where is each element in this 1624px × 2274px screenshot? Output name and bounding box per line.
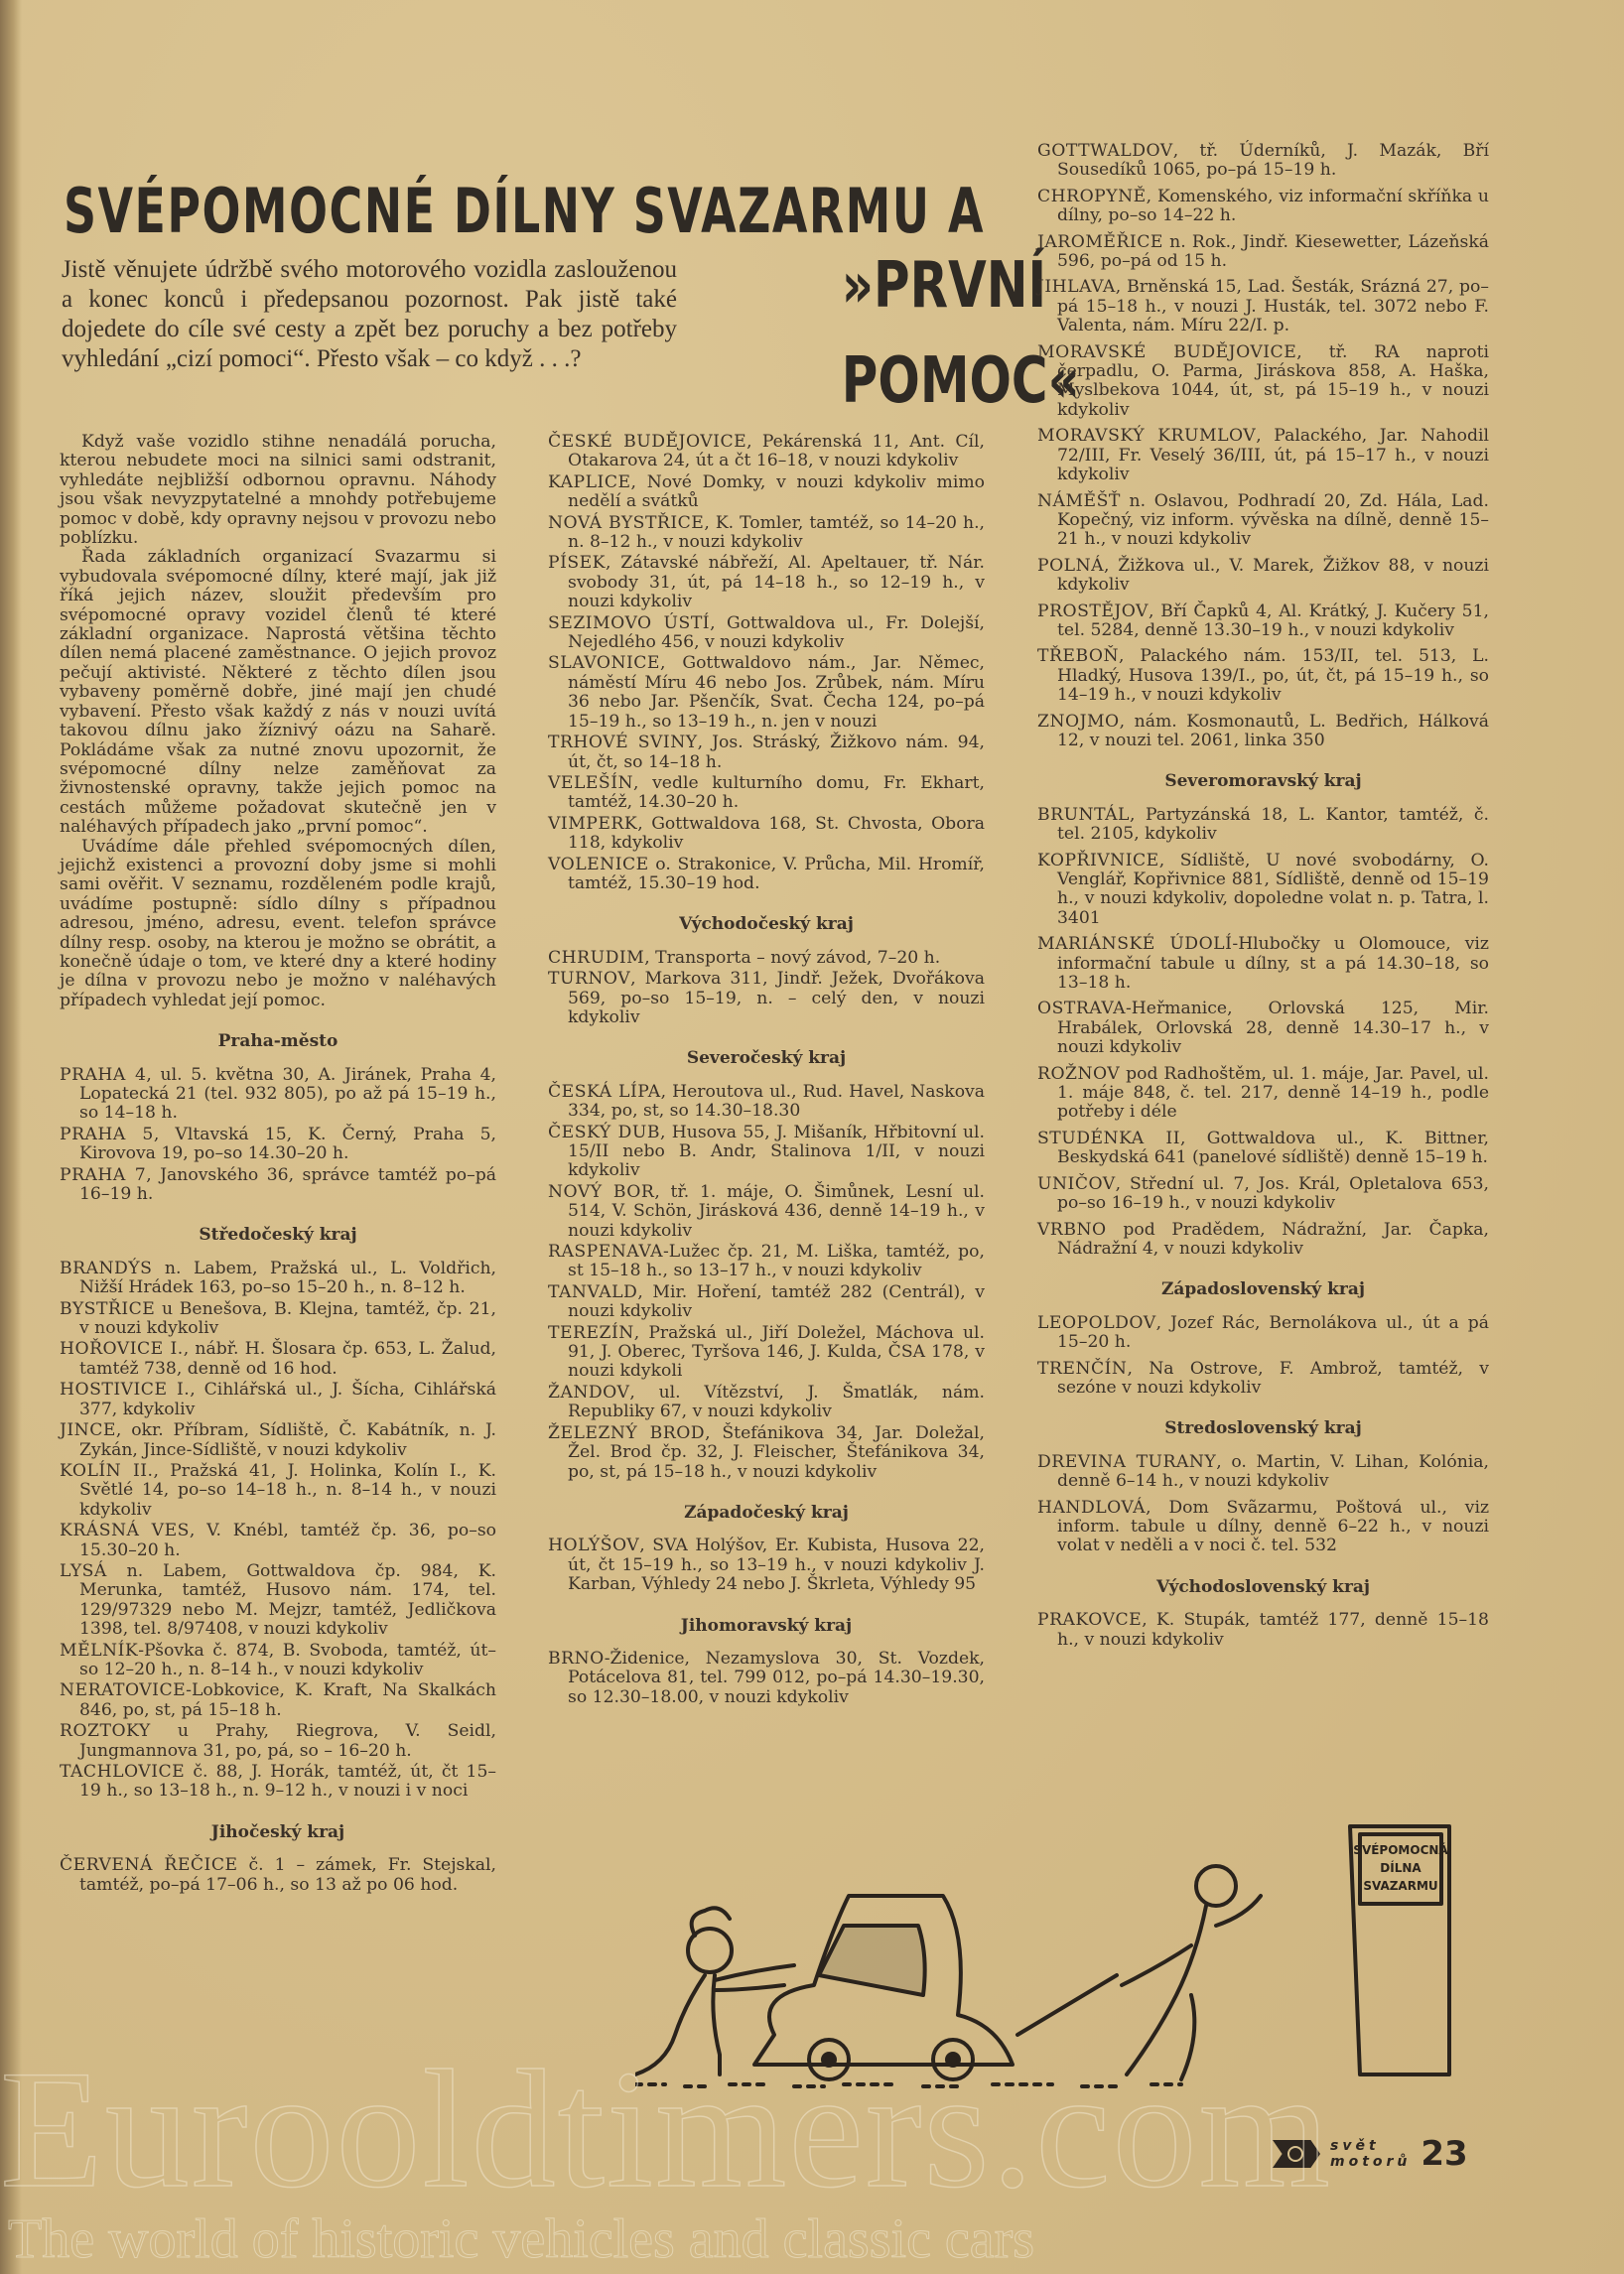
workshop-details: pod Pradědem, Nádražní, Jar. Čapka, Nádr…	[1057, 1220, 1489, 1259]
workshop-entry: JAROMĚŘICE n. Rok., Jindř. Kiesewetter, …	[1037, 233, 1489, 272]
workshop-details: -Židenice, Nezamyslova 30, St. Vozdek, P…	[568, 1649, 985, 1707]
workshop-town: MORAVSKÝ KRUMLOV	[1037, 426, 1256, 446]
workshop-entry: TŘEBOŇ, Palackého nám. 153/II, tel. 513,…	[1037, 647, 1489, 705]
workshop-town: HOSTIVICE I.	[60, 1380, 190, 1400]
workshop-town: NOVÁ BYSTŘICE	[548, 513, 704, 533]
workshop-town: VELEŠÍN	[548, 773, 633, 793]
workshop-town: VOLENICE	[548, 855, 649, 874]
workshop-town: HOŘOVICE I.	[60, 1339, 184, 1359]
workshop-town: PÍSEK	[548, 553, 606, 573]
workshop-town: TRHOVÉ SVINY	[548, 733, 698, 752]
sign-line2: DÍLNA	[1380, 1860, 1421, 1875]
workshop-entry: TACHLOVICE č. 88, J. Horák, tamtéž, út, …	[60, 1763, 496, 1802]
workshop-town: MĚLNÍK	[60, 1641, 138, 1661]
workshop-town: SLAVONICE	[548, 653, 660, 673]
region-heading: Východočeský kraj	[548, 915, 985, 934]
workshop-town: ROŽNOV	[1037, 1064, 1120, 1084]
workshop-list-col1: Praha-městoPRAHA 4, ul. 5. května 30, A.…	[60, 1032, 496, 1895]
workshop-town: ŽELEZNÝ BROD	[548, 1423, 705, 1443]
workshop-town: GOTTWALDOV	[1037, 141, 1173, 161]
workshop-entry: ZNOJMO, nám. Kosmonautů, L. Bedřich, Hál…	[1037, 713, 1489, 751]
workshop-entry: ČESKÉ BUDĚJOVICE, Pekárenská 11, Ant. Cí…	[548, 433, 985, 471]
workshop-town: CHROPYNĚ	[1037, 187, 1147, 206]
workshop-details: , Střední ul. 7, Jos. Král, Opletalova 6…	[1057, 1174, 1489, 1213]
workshop-town: UNIČOV	[1037, 1174, 1116, 1194]
workshop-entry: ŽANDOV, ul. Vítězství, J. Šmatlák, nám. …	[548, 1384, 985, 1422]
workshop-list-col2: ČESKÉ BUDĚJOVICE, Pekárenská 11, Ant. Cí…	[548, 433, 985, 1709]
workshop-entry: RASPENAVA-Lužec čp. 21, M. Liška, tamtéž…	[548, 1243, 985, 1281]
workshop-details: n. Oslavou, Podhradí 20, Zd. Hála, Lad. …	[1057, 491, 1489, 550]
workshop-entry: TRENČÍN, Na Ostrove, F. Ambrož, tamtéž, …	[1037, 1360, 1489, 1399]
intro-paragraph: Řada základních organizací Svazarmu si v…	[60, 548, 496, 837]
workshop-entry: PRAKOVCE, K. Stupák, tamtéž 177, denně 1…	[1037, 1611, 1489, 1650]
region-heading: Severomoravský kraj	[1037, 772, 1489, 791]
region-heading: Západoslovenský kraj	[1037, 1280, 1489, 1299]
region-heading: Stredoslovenský kraj	[1037, 1419, 1489, 1438]
workshop-town: TANVALD	[548, 1282, 637, 1302]
region-heading: Jihočeský kraj	[60, 1823, 496, 1842]
workshop-town: ZNOJMO	[1037, 712, 1120, 732]
workshop-entry: STUDÉNKA II, Gottwaldova ul., K. Bittner…	[1037, 1130, 1489, 1168]
workshop-town: JAROMĚŘICE	[1037, 232, 1163, 252]
workshop-town: TEREZÍN	[548, 1323, 634, 1343]
intro-paragraph: Uvádíme dále přehled svépomocných dílen,…	[60, 838, 496, 1011]
workshop-town: PRAHA 5	[60, 1125, 154, 1144]
workshop-entry: ROZTOKY u Prahy, Riegrova, V. Seidl, Jun…	[60, 1722, 496, 1761]
workshop-town: ČERVENÁ ŘEČICE	[60, 1855, 238, 1875]
region-heading: Jihomoravský kraj	[548, 1617, 985, 1636]
workshop-entry: ČERVENÁ ŘEČICE č. 1 – zámek, Fr. Stejska…	[60, 1856, 496, 1895]
region-heading: Západočeský kraj	[548, 1504, 985, 1523]
page-number: 23	[1421, 2134, 1467, 2174]
workshop-entry: NOVÁ BYSTŘICE, K. Tomler, tamtéž, so 14–…	[548, 514, 985, 553]
workshop-details: -Pšovka č. 874, B. Svoboda, tamtéž, út–s…	[79, 1641, 496, 1679]
workshop-town: KAPLICE	[548, 472, 631, 492]
workshop-town: BYSTŘICE	[60, 1299, 155, 1319]
sign-line3: SVAZARMU	[1363, 1879, 1437, 1893]
watermark-tagline: The world of historic vehicles and class…	[8, 2211, 1034, 2267]
workshop-entry: VIMPERK, Gottwaldova 168, St. Chvosta, O…	[548, 815, 985, 854]
workshop-town: KOLÍN II.	[60, 1461, 154, 1481]
workshop-entry: ŽELEZNÝ BROD, Štefánikova 34, Jar. Dolež…	[548, 1424, 985, 1482]
workshop-entry: MORAVSKÉ BUDĚJOVICE, tř. RA naproti čerp…	[1037, 343, 1489, 421]
workshop-entry: ČESKÝ DUB, Husova 55, J. Mišaník, Hřbito…	[548, 1124, 985, 1181]
workshop-town: HANDLOVÁ	[1037, 1498, 1146, 1518]
workshop-details: , Transporta – nový závod, 7–20 h.	[644, 948, 940, 968]
workshop-town: MARIÁNSKÉ ÚDOLÍ	[1037, 934, 1232, 954]
workshop-entry: GOTTWALDOV, tř. Úderníků, J. Mazák, Bří …	[1037, 142, 1489, 181]
workshop-town: PRAKOVCE	[1037, 1610, 1142, 1630]
workshop-entry: ČESKÁ LÍPA, Heroutova ul., Rud. Havel, N…	[548, 1083, 985, 1122]
workshop-town: TRENČÍN	[1037, 1359, 1127, 1379]
workshop-town: TURNOV	[548, 969, 630, 989]
workshop-entry: MARIÁNSKÉ ÚDOLÍ-Hlubočky u Olomouce, viz…	[1037, 935, 1489, 993]
workshop-entry: ROŽNOV pod Radhoštěm, ul. 1. máje, Jar. …	[1037, 1065, 1489, 1123]
region-heading: Východoslovenský kraj	[1037, 1578, 1489, 1597]
workshop-town: VIMPERK	[548, 814, 637, 834]
workshop-town: KOPŘIVNICE	[1037, 851, 1159, 870]
workshop-town: POLNÁ	[1037, 556, 1104, 576]
workshop-entry: CHRUDIM, Transporta – nový závod, 7–20 h…	[548, 949, 985, 968]
workshop-town: TŘEBOŇ	[1037, 646, 1119, 666]
workshop-entry: MORAVSKÝ KRUMLOV, Palackého, Jar. Nahodi…	[1037, 427, 1489, 484]
workshop-town: ČESKÉ BUDĚJOVICE	[548, 432, 746, 452]
workshop-town: PROSTĚJOV	[1037, 602, 1149, 621]
workshop-entry: TEREZÍN, Pražská ul., Jiří Doležel, Mách…	[548, 1324, 985, 1382]
workshop-town: DREVINA TURANY	[1037, 1452, 1216, 1472]
region-heading: Středočeský kraj	[60, 1226, 496, 1245]
page-binding-shadow	[0, 0, 22, 2274]
workshop-entry: VRBNO pod Pradědem, Nádražní, Jar. Čapka…	[1037, 1221, 1489, 1260]
workshop-entry: BRUNTÁL, Partyzánská 18, L. Kantor, tamt…	[1037, 806, 1489, 845]
workshop-town: BRNO	[548, 1649, 605, 1669]
workshop-details: , Markova 311, Jindř. Ježek, Dvořákova 5…	[568, 969, 985, 1027]
workshop-town: BRANDÝS	[60, 1259, 152, 1278]
workshop-entry: PRAHA 7, Janovského 36, správce tamtéž p…	[60, 1166, 496, 1205]
workshop-entry: SLAVONICE, Gottwaldovo nám., Jar. Němec,…	[548, 654, 985, 732]
workshop-entry: KOLÍN II., Pražská 41, J. Holinka, Kolín…	[60, 1462, 496, 1520]
workshop-town: OSTRAVA	[1037, 999, 1126, 1018]
workshop-town: JIHLAVA	[1037, 277, 1116, 297]
workshop-details: , Palackého nám. 153/II, tel. 513, L. Hl…	[1057, 646, 1489, 705]
workshop-details: , nám. Kosmonautů, L. Bedřich, Hálková 1…	[1057, 712, 1489, 750]
workshop-town: STUDÉNKA II	[1037, 1129, 1180, 1148]
workshop-entry: JINCE, okr. Příbram, Sídliště, Č. Kabátn…	[60, 1421, 496, 1460]
workshop-entry: MĚLNÍK-Pšovka č. 874, B. Svoboda, tamtéž…	[60, 1642, 496, 1680]
lead-paragraph: Jistě věnujete údržbě svého motorového v…	[62, 255, 677, 374]
workshop-entry: LYSÁ n. Labem, Gottwaldova čp. 984, K. M…	[60, 1562, 496, 1640]
workshop-details: pod Radhoštěm, ul. 1. máje, Jar. Pavel, …	[1057, 1064, 1489, 1123]
workshop-town: PRAHA 7	[60, 1165, 146, 1185]
workshop-entry: CHROPYNĚ, Komenského, viz informační skř…	[1037, 188, 1489, 226]
column-1: Když vaše vozidlo stihne nenadálá poruch…	[60, 433, 496, 1897]
workshop-town: RASPENAVA	[548, 1242, 663, 1262]
headline-subtitle-line1: »PRVNÍ	[842, 238, 1027, 334]
watermark-brand: Eurooldtimers.com	[0, 2045, 1332, 2213]
workshop-entry: NERATOVICE-Lobkovice, K. Kraft, Na Skalk…	[60, 1681, 496, 1720]
workshop-town: KRÁSNÁ VES	[60, 1521, 190, 1540]
workshop-town: CHRUDIM	[548, 948, 644, 968]
workshop-entry: HOŘOVICE I., nábř. H. Šlosara čp. 653, L…	[60, 1340, 496, 1379]
workshop-details: , Nové Domky, v nouzi kdykoliv mimo nedě…	[568, 472, 985, 511]
workshop-entry: JIHLAVA, Brněnská 15, Lad. Šesták, Srázn…	[1037, 278, 1489, 335]
man2-head-icon	[1196, 1866, 1236, 1906]
workshop-entry: PÍSEK, Zátavské nábřeží, Al. Apeltauer, …	[548, 554, 985, 611]
workshop-entry: KOPŘIVNICE, Sídliště, U nové svobodárny,…	[1037, 852, 1489, 929]
workshop-entry: PRAHA 4, ul. 5. května 30, A. Jiránek, P…	[60, 1066, 496, 1124]
workshop-entry: KRÁSNÁ VES, V. Knébl, tamtéž čp. 36, po–…	[60, 1522, 496, 1560]
magazine-name: svět motorů	[1330, 2138, 1411, 2170]
workshop-entry: DREVINA TURANY, o. Martin, V. Lihan, Kol…	[1037, 1453, 1489, 1492]
workshop-town: ŽANDOV	[548, 1383, 629, 1403]
workshop-details: , Brněnská 15, Lad. Šesták, Srázná 27, p…	[1057, 277, 1489, 335]
region-heading: Severočeský kraj	[548, 1049, 985, 1068]
workshop-entry: BRNO-Židenice, Nezamyslova 30, St. Vozde…	[548, 1650, 985, 1707]
workshop-town: JINCE	[60, 1420, 116, 1440]
workshop-town: ROZTOKY	[60, 1721, 151, 1741]
workshop-entry: VELEŠÍN, vedle kulturního domu, Fr. Ekha…	[548, 774, 985, 813]
sign-line1: SVÉPOMOCNÁ	[1353, 1842, 1448, 1857]
workshop-entry: PROSTĚJOV, Bří Čapků 4, Al. Krátký, J. K…	[1037, 602, 1489, 641]
intro-text: Když vaše vozidlo stihne nenadálá poruch…	[60, 433, 496, 1010]
headline-subtitle-line2: POMOC«	[842, 334, 1027, 429]
workshop-town: NOVÝ BOR	[548, 1182, 654, 1202]
workshop-town: MORAVSKÉ BUDĚJOVICE	[1037, 342, 1296, 362]
workshop-entry: TURNOV, Markova 311, Jindř. Ježek, Dvořá…	[548, 970, 985, 1027]
workshop-entry: PRAHA 5, Vltavská 15, K. Černý, Praha 5,…	[60, 1126, 496, 1164]
headline: SVÉPOMOCNÉ DÍLNY SVAZARMU A	[64, 181, 768, 242]
workshop-entry: OSTRAVA-Heřmanice, Orlovská 125, Mir. Hr…	[1037, 1000, 1489, 1057]
workshop-entry: LEOPOLDOV, Jozef Rác, Bernolákova ul., ú…	[1037, 1314, 1489, 1353]
workshop-entry: NOVÝ BOR, tř. 1. máje, O. Šimůnek, Lesní…	[548, 1183, 985, 1241]
workshop-entry: KAPLICE, Nové Domky, v nouzi kdykoliv mi…	[548, 473, 985, 512]
workshop-entry: TRHOVÉ SVINY, Jos. Stráský, Žižkovo nám.…	[548, 734, 985, 772]
workshop-town: LYSÁ	[60, 1561, 107, 1581]
intro-paragraph: Když vaše vozidlo stihne nenadálá poruch…	[60, 433, 496, 548]
workshop-town: NÁMĚŠŤ	[1037, 491, 1121, 511]
workshop-town: ČESKÁ LÍPA	[548, 1082, 661, 1102]
workshop-entry: UNIČOV, Střední ul. 7, Jos. Král, Opleta…	[1037, 1175, 1489, 1214]
workshop-entry: BRANDÝS n. Labem, Pražská ul., L. Voldři…	[60, 1260, 496, 1298]
workshop-entry: HOLÝŠOV, SVA Holýšov, Er. Kubista, Husov…	[548, 1537, 985, 1594]
workshop-town: BRUNTÁL	[1037, 805, 1130, 825]
workshop-entry: NÁMĚŠŤ n. Oslavou, Podhradí 20, Zd. Hála…	[1037, 492, 1489, 550]
workshop-town: HOLÝŠOV	[548, 1536, 639, 1555]
workshop-entry: TANVALD, Mir. Hoření, tamtéž 282 (Centrá…	[548, 1283, 985, 1322]
workshop-entry: BYSTŘICE u Benešova, B. Klejna, tamtéž, …	[60, 1300, 496, 1339]
workshop-entry: VOLENICE o. Strakonice, V. Průcha, Mil. …	[548, 856, 985, 894]
workshop-details: , Žižkova ul., V. Marek, Žižkov 88, v no…	[1057, 556, 1489, 595]
workshop-town: SEZIMOVO ÚSTÍ	[548, 613, 710, 633]
headline-subtitle: »PRVNÍ POMOC«	[842, 238, 1027, 429]
workshop-list-col3: GOTTWALDOV, tř. Úderníků, J. Mazák, Bří …	[1037, 142, 1489, 1657]
workshop-details: , okr. Příbram, Sídliště, Č. Kabátník, n…	[79, 1420, 496, 1459]
workshop-entry: HOSTIVICE I., Cihlářská ul., J. Šícha, C…	[60, 1381, 496, 1419]
workshop-town: NERATOVICE	[60, 1680, 186, 1700]
workshop-details: n. Labem, Gottwaldova čp. 984, K. Merunk…	[79, 1561, 496, 1639]
workshop-entry: SEZIMOVO ÚSTÍ, Gottwaldova ul., Fr. Dole…	[548, 614, 985, 653]
region-heading: Praha-město	[60, 1032, 496, 1051]
workshop-town: PRAHA 4	[60, 1065, 146, 1085]
workshop-entry: POLNÁ, Žižkova ul., V. Marek, Žižkov 88,…	[1037, 557, 1489, 596]
workshop-town: LEOPOLDOV	[1037, 1313, 1156, 1333]
workshop-town: VRBNO	[1037, 1220, 1107, 1240]
workshop-details: , ul. Vítězství, J. Šmatlák, nám. Republ…	[568, 1383, 985, 1421]
workshop-details: , Zátavské nábřeží, Al. Apeltauer, tř. N…	[568, 553, 985, 611]
workshop-town: TACHLOVICE	[60, 1762, 185, 1782]
workshop-entry: HANDLOVÁ, Dom Svãzarmu, Poštová ul., viz…	[1037, 1499, 1489, 1556]
workshop-town: ČESKÝ DUB	[548, 1123, 660, 1142]
